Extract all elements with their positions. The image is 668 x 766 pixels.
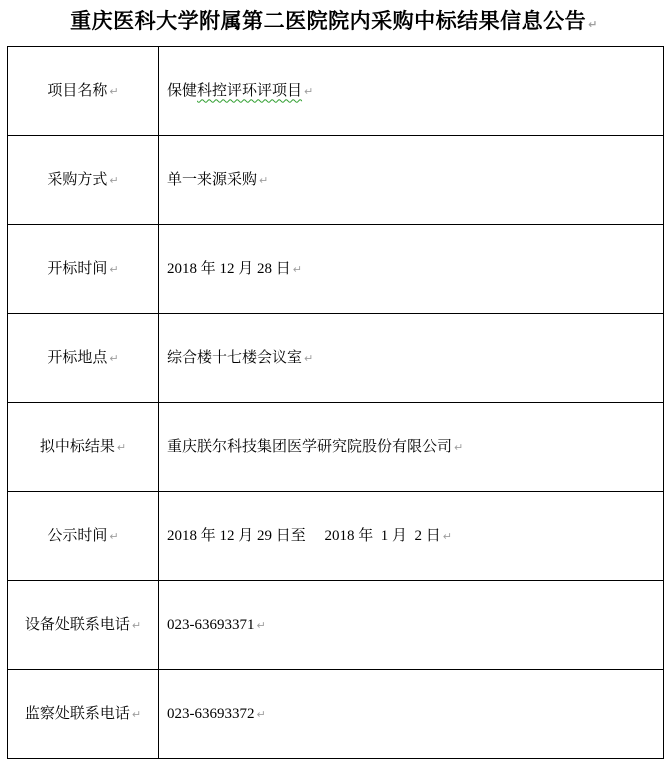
row-label-text: 采购方式 [47,172,107,188]
paragraph-mark: ↵ [109,85,118,98]
paragraph-mark: ↵ [293,263,302,276]
row-value-bid-opening-time: 2018 年 12 月 28 日↵ [159,225,664,314]
paragraph-mark: ↵ [109,530,118,543]
paragraph-mark: ↵ [257,619,266,632]
table-row: 公示时间↵ 2018 年 12 月 29 日至 2018 年 1 月 2 日↵ [8,492,664,581]
row-label-proposed-winner: 拟中标结果↵ [8,403,159,492]
paragraph-mark: ↵ [443,530,452,543]
paragraph-mark: ↵ [257,708,266,721]
row-label-text: 开标时间 [47,261,107,277]
table-row: 开标时间↵ 2018 年 12 月 28 日↵ [8,225,664,314]
row-value-supervision-dept-phone: 023-63693372↵ [159,670,664,759]
row-label-text: 项目名称 [47,83,107,99]
row-label-publicity-period: 公示时间↵ [8,492,159,581]
row-value-text: 2018 年 12 月 29 日至 2018 年 1 月 2 日 [167,528,441,544]
paragraph-mark: ↵ [454,441,463,454]
document-page: 重庆医科大学附属第二医院院内采购中标结果信息公告↵ 项目名称↵ 保健科控评环评项… [0,0,668,766]
table-row: 监察处联系电话↵ 023-63693372↵ [8,670,664,759]
table-row: 项目名称↵ 保健科控评环评项目↵ [8,47,664,136]
paragraph-mark: ↵ [132,708,141,721]
page-title-text: 重庆医科大学附属第二医院院内采购中标结果信息公告 [70,10,586,33]
row-value-text: 单一来源采购 [167,172,257,188]
row-label-procurement-method: 采购方式↵ [8,136,159,225]
row-value-text: 重庆朕尔科技集团医学研究院股份有限公司 [167,439,452,455]
table-row: 设备处联系电话↵ 023-63693371↵ [8,581,664,670]
paragraph-mark: ↵ [588,18,598,31]
row-value-project-name: 保健科控评环评项目↵ [159,47,664,136]
paragraph-mark: ↵ [132,619,141,632]
row-value-proposed-winner: 重庆朕尔科技集团医学研究院股份有限公司↵ [159,403,664,492]
row-label-text: 拟中标结果 [40,439,115,455]
row-value-bid-opening-place: 综合楼十七楼会议室↵ [159,314,664,403]
paragraph-mark: ↵ [259,174,268,187]
table-row: 采购方式↵ 单一来源采购↵ [8,136,664,225]
row-value-text: 保健 [167,83,197,99]
table-row: 拟中标结果↵ 重庆朕尔科技集团医学研究院股份有限公司↵ [8,403,664,492]
row-label-text: 设备处联系电话 [25,617,130,633]
paragraph-mark: ↵ [304,85,313,98]
row-value-publicity-period: 2018 年 12 月 29 日至 2018 年 1 月 2 日↵ [159,492,664,581]
row-label-equipment-dept-phone: 设备处联系电话↵ [8,581,159,670]
paragraph-mark: ↵ [109,174,118,187]
row-value-equipment-dept-phone: 023-63693371↵ [159,581,664,670]
paragraph-mark: ↵ [117,441,126,454]
row-label-text: 公示时间 [47,528,107,544]
paragraph-mark: ↵ [109,352,118,365]
row-label-project-name: 项目名称↵ [8,47,159,136]
row-label-bid-opening-place: 开标地点↵ [8,314,159,403]
row-value-text-spellcheck: 科控评环评项目 [197,83,302,99]
paragraph-mark: ↵ [304,352,313,365]
row-label-supervision-dept-phone: 监察处联系电话↵ [8,670,159,759]
table-row: 开标地点↵ 综合楼十七楼会议室↵ [8,314,664,403]
row-value-text: 023-63693371 [167,617,255,633]
paragraph-mark: ↵ [109,263,118,276]
row-value-procurement-method: 单一来源采购↵ [159,136,664,225]
row-label-text: 监察处联系电话 [25,706,130,722]
row-value-text: 023-63693372 [167,706,255,722]
row-value-text: 综合楼十七楼会议室 [167,350,302,366]
page-title: 重庆医科大学附属第二医院院内采购中标结果信息公告↵ [0,0,668,40]
row-label-bid-opening-time: 开标时间↵ [8,225,159,314]
announcement-table: 项目名称↵ 保健科控评环评项目↵ 采购方式↵ 单一来源采购↵ 开标时间↵ 201… [7,46,664,759]
row-label-text: 开标地点 [47,350,107,366]
row-value-text: 2018 年 12 月 28 日 [167,261,291,277]
